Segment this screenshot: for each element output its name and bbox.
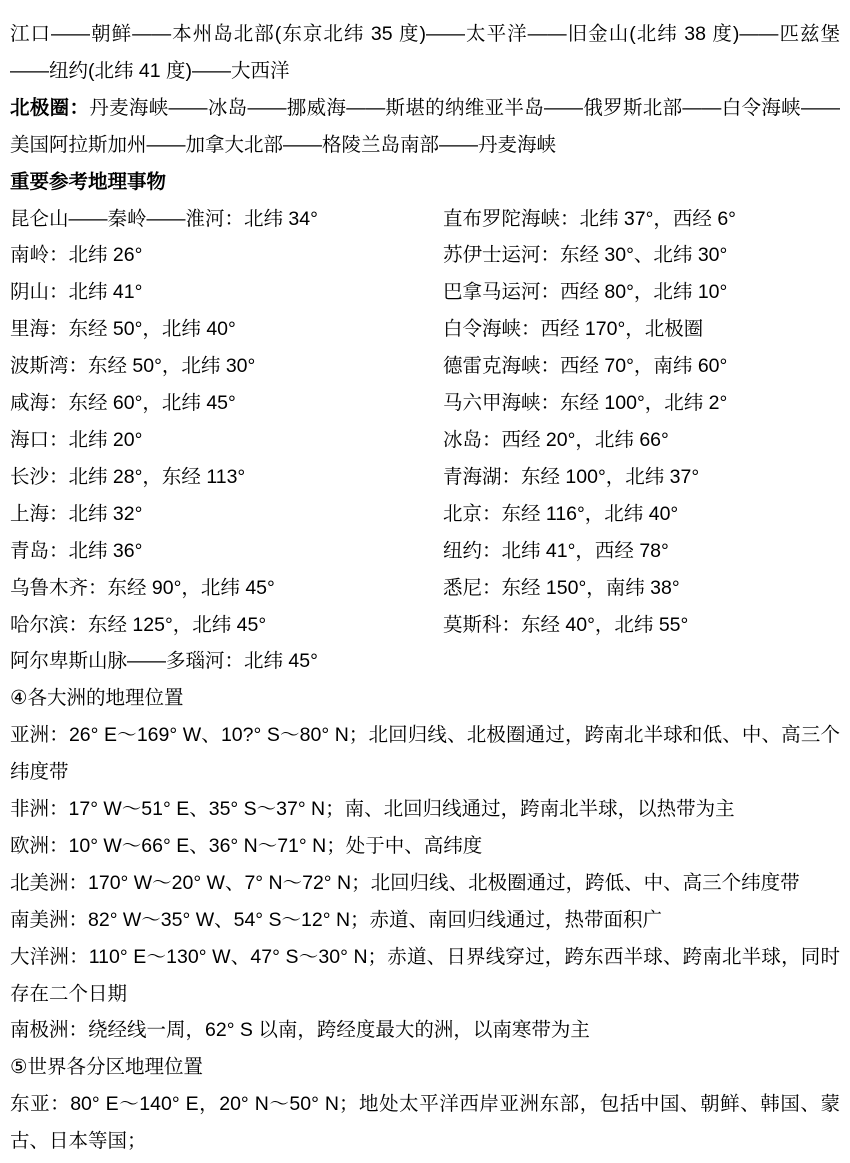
table-row: 阿尔卑斯山脉——多瑙河：北纬 45°: [10, 643, 840, 680]
reference-left-item: 里海：东经 50°，北纬 40°: [10, 311, 443, 348]
reference-left-item: 乌鲁木齐：东经 90°，北纬 45°: [10, 570, 443, 607]
regions-heading: ⑤世界各分区地理位置: [10, 1049, 840, 1086]
reference-right-item: 北京：东经 116°，北纬 40°: [443, 496, 840, 533]
reference-left-item: 青岛：北纬 36°: [10, 533, 443, 570]
reference-right-item: 纽约：北纬 41°，西经 78°: [443, 533, 840, 570]
table-row: 里海：东经 50°，北纬 40° 白令海峡：西经 170°，北极圈: [10, 311, 840, 348]
reference-left-item: 昆仑山——秦岭——淮河：北纬 34°: [10, 201, 443, 238]
reference-left-item: 南岭：北纬 26°: [10, 237, 443, 274]
reference-right-item: 马六甲海峡：东经 100°，北纬 2°: [443, 385, 840, 422]
document-page: 江口——朝鲜——本州岛北部(东京北纬 35 度)——太平洋——旧金山(北纬 38…: [0, 0, 850, 1163]
continent-item-asia: 亚洲：26° E～169° W、10?° S～80° N；北回归线、北极圈通过，…: [10, 717, 840, 791]
arctic-circle-label: 北极圈：: [10, 97, 89, 119]
table-row: 南岭：北纬 26° 苏伊士运河：东经 30°、北纬 30°: [10, 237, 840, 274]
reference-left-item: 长沙：北纬 28°，东经 113°: [10, 459, 443, 496]
reference-left-item: 海口：北纬 20°: [10, 422, 443, 459]
arctic-circle-text: 丹麦海峡——冰岛——挪威海——斯堪的纳维亚半岛——俄罗斯北部——白令海峡——美国…: [10, 97, 840, 156]
table-row: 长沙：北纬 28°，东经 113° 青海湖：东经 100°，北纬 37°: [10, 459, 840, 496]
reference-right-item: 白令海峡：西经 170°，北极圈: [443, 311, 840, 348]
reference-right-item: 苏伊士运河：东经 30°、北纬 30°: [443, 237, 840, 274]
continent-item-africa: 非洲：17° W～51° E、35° S～37° N；南、北回归线通过，跨南北半…: [10, 791, 840, 828]
continent-item-south-america: 南美洲：82° W～35° W、54° S～12° N；赤道、南回归线通过，热带…: [10, 902, 840, 939]
continent-item-oceania: 大洋洲：110° E～130° W、47° S～30° N；赤道、日界线穿过，跨…: [10, 939, 840, 1013]
reference-right-item: 巴拿马运河：西经 80°，北纬 10°: [443, 274, 840, 311]
reference-right-item: 直布罗陀海峡：北纬 37°，西经 6°: [443, 201, 840, 238]
table-row: 乌鲁木齐：东经 90°，北纬 45° 悉尼：东经 150°，南纬 38°: [10, 570, 840, 607]
region-item-east-asia: 东亚：80° E～140° E，20° N～50° N；地处太平洋西岸亚洲东部，…: [10, 1086, 840, 1160]
reference-left-item: 哈尔滨：东经 125°，北纬 45°: [10, 607, 443, 644]
table-row: 海口：北纬 20° 冰岛：西经 20°，北纬 66°: [10, 422, 840, 459]
route-paragraph: 江口——朝鲜——本州岛北部(东京北纬 35 度)——太平洋——旧金山(北纬 38…: [10, 16, 840, 90]
continents-heading: ④各大洲的地理位置: [10, 680, 840, 717]
continent-item-north-america: 北美洲：170° W～20° W、7° N～72° N；北回归线、北极圈通过，跨…: [10, 865, 840, 902]
table-row: 昆仑山——秦岭——淮河：北纬 34° 直布罗陀海峡：北纬 37°，西经 6°: [10, 201, 840, 238]
reference-right-item: 悉尼：东经 150°，南纬 38°: [443, 570, 840, 607]
table-row: 上海：北纬 32° 北京：东经 116°，北纬 40°: [10, 496, 840, 533]
table-row: 青岛：北纬 36° 纽约：北纬 41°，西经 78°: [10, 533, 840, 570]
continent-item-europe: 欧洲：10° W～66° E、36° N～71° N；处于中、高纬度: [10, 828, 840, 865]
reference-left-item: 上海：北纬 32°: [10, 496, 443, 533]
reference-right-item: 青海湖：东经 100°，北纬 37°: [443, 459, 840, 496]
reference-right-item: 莫斯科：东经 40°，北纬 55°: [443, 607, 840, 644]
reference-left-item: 阴山：北纬 41°: [10, 274, 443, 311]
table-row: 波斯湾：东经 50°，北纬 30° 德雷克海峡：西经 70°，南纬 60°: [10, 348, 840, 385]
table-row: 阴山：北纬 41° 巴拿马运河：西经 80°，北纬 10°: [10, 274, 840, 311]
reference-right-item: [443, 643, 840, 680]
reference-table: 昆仑山——秦岭——淮河：北纬 34° 直布罗陀海峡：北纬 37°，西经 6° 南…: [10, 201, 840, 681]
reference-left-item: 波斯湾：东经 50°，北纬 30°: [10, 348, 443, 385]
reference-left-item: 咸海：东经 60°，北纬 45°: [10, 385, 443, 422]
table-row: 咸海：东经 60°，北纬 45° 马六甲海峡：东经 100°，北纬 2°: [10, 385, 840, 422]
reference-right-item: 德雷克海峡：西经 70°，南纬 60°: [443, 348, 840, 385]
reference-heading: 重要参考地理事物: [10, 164, 840, 201]
reference-right-item: 冰岛：西经 20°，北纬 66°: [443, 422, 840, 459]
arctic-circle-paragraph: 北极圈：丹麦海峡——冰岛——挪威海——斯堪的纳维亚半岛——俄罗斯北部——白令海峡…: [10, 90, 840, 164]
table-row: 哈尔滨：东经 125°，北纬 45° 莫斯科：东经 40°，北纬 55°: [10, 607, 840, 644]
reference-left-item: 阿尔卑斯山脉——多瑙河：北纬 45°: [10, 643, 443, 680]
continent-item-antarctica: 南极洲：绕经线一周，62° S 以南，跨经度最大的洲，以南寒带为主: [10, 1012, 840, 1049]
